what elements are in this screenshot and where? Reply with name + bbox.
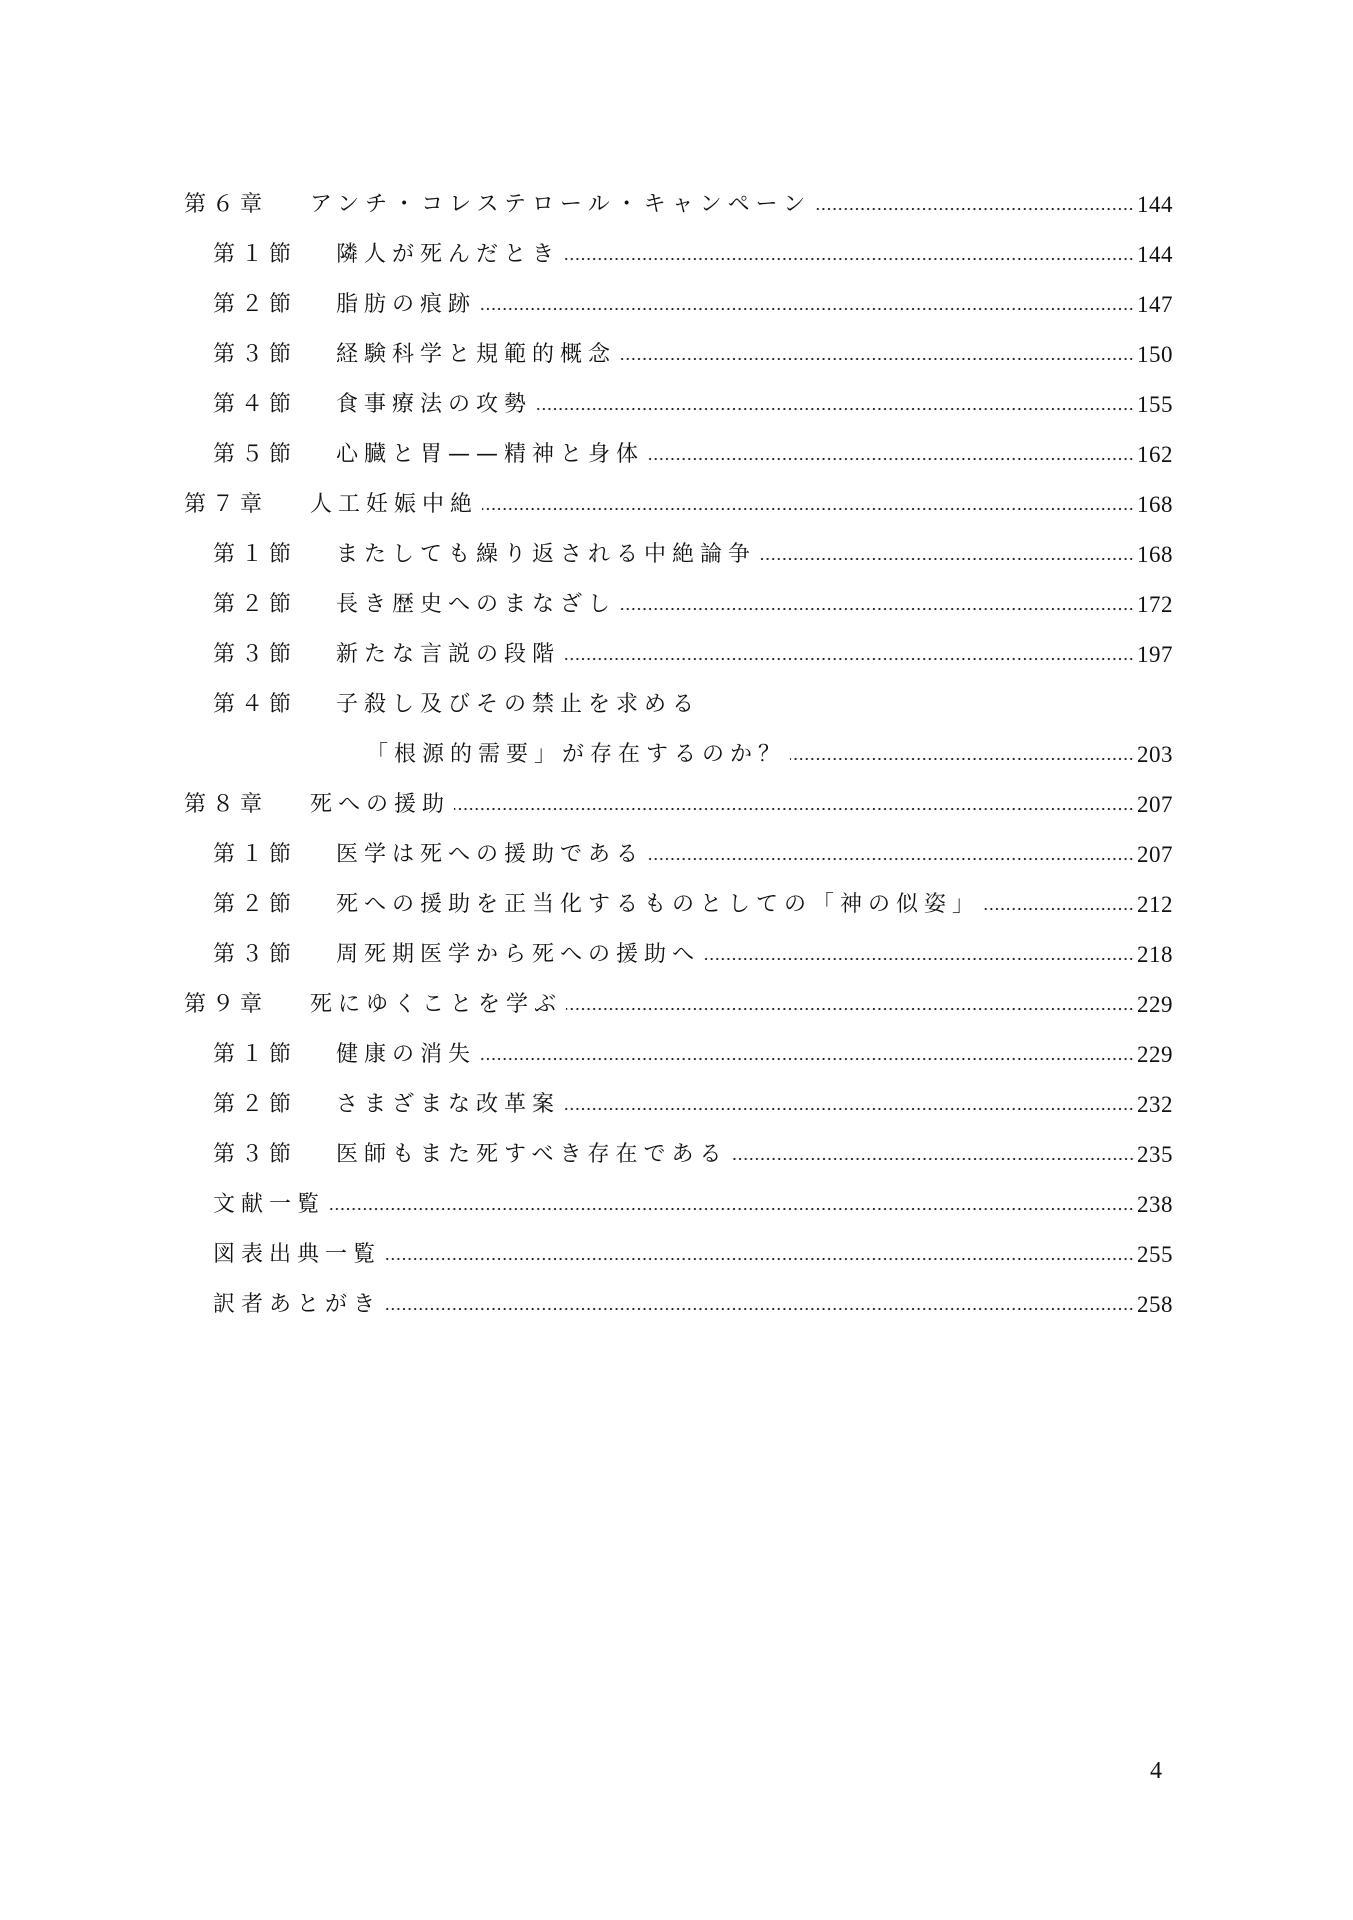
section-title: 新たな言説の段階 [336,640,560,670]
entry-title: 文献一覧 [213,1190,325,1220]
toc-section: 第１節またしても繰り返される中絶論争 168 [184,536,1173,570]
dot-leader [480,307,1134,311]
section-title: 健康の消失 [336,1040,476,1070]
section-number: 第２節 [213,590,336,620]
toc-section: 第３節経験科学と規範的概念 150 [184,336,1173,370]
page-ref: 207 [1137,790,1173,820]
section-number: 第３節 [213,940,336,970]
section-title: 長き歴史へのまなざし [336,590,616,620]
toc-section: 第３節周死期医学から死への援助へ 218 [184,936,1173,970]
chapter-title: 人工妊娠中絶 [310,490,478,520]
page-ref: 229 [1137,1040,1173,1070]
dot-leader [984,907,1134,911]
toc-section: 第２節さまざまな改革案 232 [184,1086,1173,1120]
dot-leader [732,1157,1134,1161]
toc-section: 第４節子殺し及びその禁止を求める [184,686,1173,720]
section-number: 第５節 [213,440,336,470]
dot-leader [760,557,1134,561]
dot-leader [385,1257,1134,1261]
page-ref: 197 [1137,640,1173,670]
dot-leader [620,607,1134,611]
page-ref: 258 [1137,1290,1173,1320]
dot-leader [564,257,1134,261]
section-title: 経験科学と規範的概念 [336,340,616,370]
dot-leader [564,1107,1134,1111]
dot-leader [648,857,1134,861]
page-ref: 144 [1137,190,1173,220]
chapter-number: 第６章 [184,190,310,220]
section-title: 医師もまた死すべき存在である [336,1140,728,1170]
section-number: 第１節 [213,540,336,570]
section-title: 死への援助を正当化するものとしての「神の似姿」 [336,890,980,920]
page-ref: 168 [1137,540,1173,570]
chapter-number: 第９章 [184,990,310,1020]
toc-figure-sources: 図表出典一覧 255 [184,1236,1173,1270]
section-number: 第１節 [213,1040,336,1070]
section-title: またしても繰り返される中絶論争 [336,540,756,570]
chapter-title: アンチ・コレステロール・キャンペーン [310,190,811,220]
toc-section: 第３節医師もまた死すべき存在である 235 [184,1136,1173,1170]
toc-bibliography: 文献一覧 238 [184,1186,1173,1220]
section-number: 第２節 [213,1090,336,1120]
section-title: 医学は死への援助である [336,840,644,870]
page-ref: 144 [1137,240,1173,270]
section-number: 第３節 [213,640,336,670]
section-title: 食事療法の攻勢 [336,390,532,420]
section-number: 第４節 [213,690,336,720]
section-title-continued: 「根源的需要」が存在するのか？ [366,740,786,770]
toc-section: 第２節脂肪の痕跡 147 [184,286,1173,320]
toc-section: 第５節心臓と胃——精神と身体 162 [184,436,1173,470]
page-ref: 168 [1137,490,1173,520]
page-ref: 207 [1137,840,1173,870]
dot-leader [564,657,1134,661]
dot-leader [385,1307,1134,1311]
section-title: 脂肪の痕跡 [336,290,476,320]
toc-chapter-6: 第６章アンチ・コレステロール・キャンペーン 144 [184,186,1173,220]
chapter-number: 第７章 [184,490,310,520]
dot-leader [566,1007,1134,1011]
dot-leader [454,807,1134,811]
section-number: 第２節 [213,890,336,920]
dot-leader [536,407,1134,411]
section-title: 心臓と胃——精神と身体 [336,440,644,470]
dot-leader [329,1207,1134,1211]
section-number: 第３節 [213,1140,336,1170]
section-number: 第１節 [213,840,336,870]
toc-translator-afterword: 訳者あとがき 258 [184,1286,1173,1320]
page-number: 4 [1150,1758,1162,1785]
section-title: 周死期医学から死への援助へ [336,940,700,970]
page-ref: 232 [1137,1090,1173,1120]
dot-leader [620,357,1134,361]
page-ref: 155 [1137,390,1173,420]
page-ref: 172 [1137,590,1173,620]
dot-leader [648,457,1134,461]
toc-section: 第２節死への援助を正当化するものとしての「神の似姿」 212 [184,886,1173,920]
chapter-number: 第８章 [184,790,310,820]
section-title: 隣人が死んだとき [336,240,560,270]
toc-section: 第１節健康の消失 229 [184,1036,1173,1070]
toc-section: 第１節隣人が死んだとき 144 [184,236,1173,270]
chapter-title: 死にゆくことを学ぶ [310,990,562,1020]
page-ref: 255 [1137,1240,1173,1270]
toc-section: 第４節食事療法の攻勢 155 [184,386,1173,420]
page-ref: 218 [1137,940,1173,970]
section-title: さまざまな改革案 [336,1090,560,1120]
toc-chapter-8: 第８章死への援助 207 [184,786,1173,820]
toc-section-continuation: 「根源的需要」が存在するのか？ 203 [184,736,1173,770]
page-ref: 235 [1137,1140,1173,1170]
dot-leader [482,507,1134,511]
page-ref: 203 [1137,740,1173,770]
toc-chapter-9: 第９章死にゆくことを学ぶ 229 [184,986,1173,1020]
page-ref: 238 [1137,1190,1173,1220]
section-number: 第４節 [213,390,336,420]
dot-leader [480,1057,1134,1061]
section-title: 子殺し及びその禁止を求める [336,690,700,720]
chapter-title: 死への援助 [310,790,450,820]
page-ref: 212 [1137,890,1173,920]
toc-section: 第３節新たな言説の段階 197 [184,636,1173,670]
dot-leader [815,207,1134,211]
page-ref: 150 [1137,340,1173,370]
toc-section: 第１節医学は死への援助である 207 [184,836,1173,870]
dot-leader [790,757,1134,761]
toc-section: 第２節長き歴史へのまなざし 172 [184,586,1173,620]
section-number: 第１節 [213,240,336,270]
entry-title: 訳者あとがき [213,1290,381,1320]
dot-leader [704,957,1134,961]
page-ref: 147 [1137,290,1173,320]
page-ref: 229 [1137,990,1173,1020]
section-number: 第３節 [213,340,336,370]
section-number: 第２節 [213,290,336,320]
entry-title: 図表出典一覧 [213,1240,381,1270]
page-ref: 162 [1137,440,1173,470]
toc-chapter-7: 第７章人工妊娠中絶 168 [184,486,1173,520]
